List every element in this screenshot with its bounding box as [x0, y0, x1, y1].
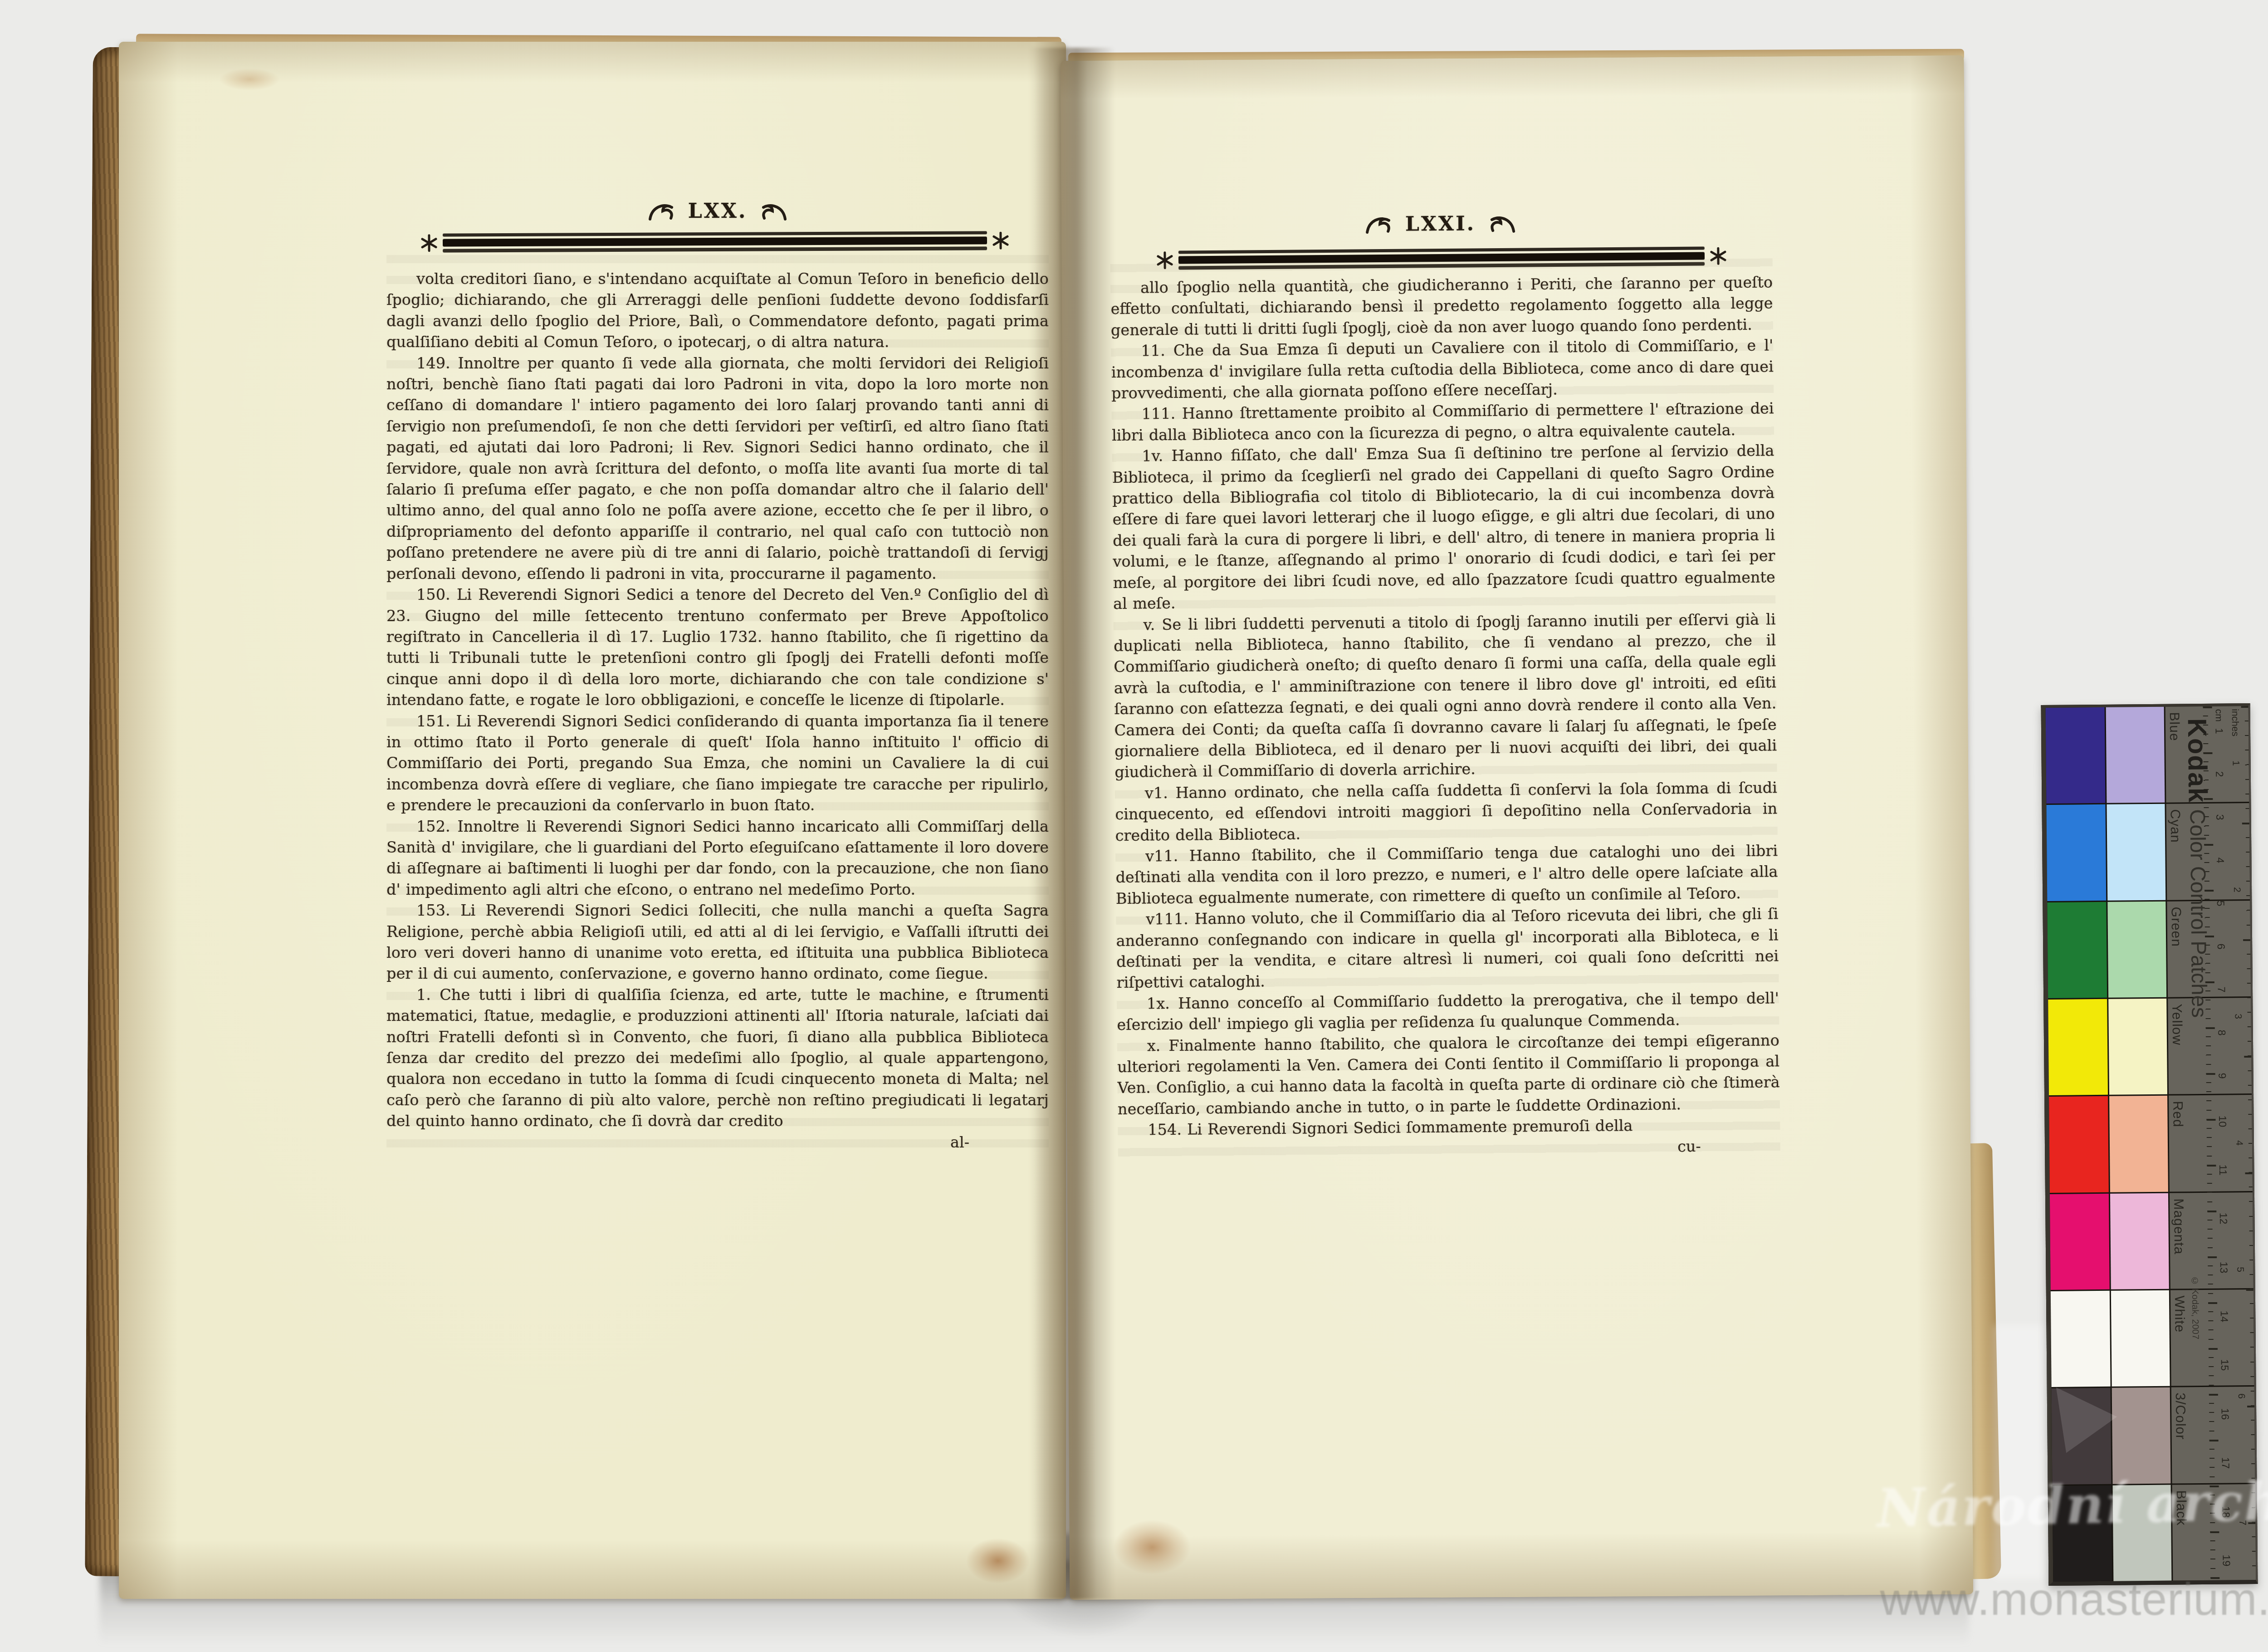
paragraph: v111. Hanno voluto, che il Commiſſario d… — [1116, 903, 1779, 993]
body-text-left: volta creditori ſiano, e s'intendano acq… — [386, 269, 1049, 1153]
paragraph: v. Se li libri ſuddetti pervenuti a tito… — [1113, 609, 1777, 783]
catchword: al- — [386, 1132, 1049, 1153]
paragraph: 149. Innoltre per quanto ſi vede alla gi… — [386, 353, 1049, 584]
ruler-inch-unit: inches — [2229, 709, 2241, 736]
ruler: cm 12345678910111213141516171819 inches … — [2203, 706, 2256, 1580]
paragraph: 111. Hanno ſtrettamente proibito al Comm… — [1111, 398, 1774, 446]
color-patch-tint — [2106, 707, 2165, 803]
patch-label: Red — [2170, 1101, 2185, 1127]
paragraph: 151. Li Reverendi Signori Sedici conſide… — [386, 711, 1049, 816]
ruler-number: 2 — [2213, 771, 2225, 777]
paragraph: 150. Li Reverendi Signori Sedici a tenor… — [386, 584, 1049, 711]
folio-header-left: LXX. — [386, 200, 1049, 223]
paragraph: allo ſpoglio nella quantità, che giudich… — [1110, 272, 1773, 341]
star-ornament-icon — [1709, 247, 1727, 265]
ruler-number: 17 — [2219, 1457, 2232, 1469]
paragraph-list-left: volta creditori ſiano, e s'intendano acq… — [386, 269, 1049, 1132]
paragraph-list-right: allo ſpoglio nella quantità, che giudich… — [1110, 272, 1780, 1141]
color-patch-saturated — [2051, 1291, 2111, 1387]
ruler-number: 18 — [2219, 1506, 2232, 1518]
paragraph: v1. Hanno ordinato, che nella caſſa ſudd… — [1115, 777, 1778, 846]
paragraph: 152. Innoltre li Reverendi Signori Sedic… — [386, 816, 1049, 901]
patch-label: Blue — [2166, 712, 2182, 741]
ruler-number: 1 — [2230, 760, 2241, 766]
paragraph: 1. Che tutti i libri di qualſiſia ſcienz… — [386, 985, 1049, 1132]
ruler-number: 11 — [2217, 1165, 2229, 1176]
color-patch-tint — [2110, 1193, 2169, 1289]
color-patch-tint — [2109, 1096, 2168, 1192]
ruler-number: 7 — [2237, 1520, 2248, 1525]
patch-label: Green — [2168, 907, 2184, 947]
ruler-number: 5 — [2214, 900, 2227, 906]
ruler-number: 4 — [2234, 1140, 2244, 1146]
paragraph: 1x. Hanno conceſſo al Commiſſario ſuddet… — [1117, 988, 1779, 1036]
patch-label: Magenta — [2170, 1198, 2186, 1255]
paragraph: v11. Hanno ſtabilito, che il Commiſſario… — [1115, 840, 1778, 909]
rule-bars — [443, 231, 987, 252]
floral-ornament-icon — [647, 201, 676, 222]
color-patch-tint — [2108, 999, 2167, 1095]
scanned-document-page: LXX. volta creditori ſiano, e s'intendan… — [0, 0, 2268, 1652]
ruler-number: 4 — [2214, 857, 2226, 863]
color-patch-saturated — [2053, 1485, 2112, 1581]
patch-label: 3/Color — [2172, 1393, 2188, 1440]
star-ornament-icon — [1156, 251, 1174, 270]
patch-label: Black — [2173, 1490, 2189, 1526]
color-patch-saturated — [2048, 999, 2108, 1095]
color-patch-tint — [2107, 901, 2166, 997]
ruler-number: 5 — [2234, 1267, 2245, 1272]
paragraph: 1v. Hanno fiſſato, che dall' Emza Sua ſi… — [1112, 440, 1775, 614]
ruler-number: 1 — [2213, 728, 2225, 734]
folio-header-right: LXXI. — [1110, 210, 1770, 238]
ruler-number: 3 — [2214, 814, 2226, 820]
body-text-right: allo ſpoglio nella quantità, che giudich… — [1110, 272, 1780, 1162]
floral-ornament-icon — [1487, 213, 1516, 234]
color-patch-saturated — [2050, 1193, 2110, 1289]
ruler-number: 19 — [2220, 1555, 2232, 1567]
color-patch-tint — [2113, 1485, 2172, 1581]
ruler-number: 2 — [2231, 887, 2242, 892]
ruler-number: 8 — [2215, 1029, 2228, 1035]
ruler-cm-unit: cm — [2213, 709, 2224, 722]
color-patch-tint — [2107, 804, 2165, 900]
patch-label: Yellow — [2169, 1004, 2185, 1045]
color-patch-saturated — [2046, 804, 2106, 901]
color-patch-tint — [2111, 1290, 2170, 1387]
paragraph: 11. Che da Sua Emza ſi deputi un Cavalie… — [1111, 335, 1774, 404]
ruler-number: 14 — [2218, 1310, 2230, 1322]
patch-label: White — [2171, 1295, 2187, 1333]
paragraph: volta creditori ſiano, e s'intendano acq… — [386, 269, 1049, 353]
color-patch-saturated — [2049, 1096, 2109, 1192]
ruler-number: 3 — [2232, 1014, 2243, 1019]
paragraph: 153. Li Reverendi Signori Sedici ſolleci… — [386, 900, 1049, 985]
page-number: LXXI. — [1405, 212, 1476, 235]
patch-label: Cyan — [2167, 809, 2183, 843]
light-reflection-streak — [1994, 1325, 2043, 1579]
ruler-number: 10 — [2216, 1116, 2229, 1127]
ruler-number: 9 — [2216, 1073, 2228, 1078]
ruler-number: 12 — [2217, 1213, 2229, 1225]
ruler-number: 16 — [2219, 1408, 2231, 1420]
color-patch-saturated — [2047, 902, 2107, 998]
ruler-number: 7 — [2215, 986, 2227, 992]
page-number: LXX. — [688, 200, 748, 223]
ruler-number: 13 — [2218, 1261, 2230, 1273]
star-ornament-icon — [420, 234, 438, 252]
kodak-color-control-strip: Blue Cyan Green — [2041, 703, 2258, 1586]
color-patch-saturated — [2046, 707, 2106, 804]
paragraph: x. Finalmente hanno ſtabilito, che qualo… — [1117, 1030, 1780, 1120]
floral-ornament-icon — [759, 201, 788, 222]
ruler-number: 15 — [2219, 1359, 2231, 1371]
decorative-rule — [420, 231, 1010, 253]
floral-ornament-icon — [1364, 214, 1393, 235]
ruler-number: 6 — [2236, 1393, 2247, 1399]
kodak-copyright: © Kodak, 2007 — [2190, 1276, 2200, 1339]
color-patch-tint — [2112, 1387, 2171, 1484]
ruler-number: 6 — [2215, 943, 2227, 949]
star-ornament-icon — [992, 231, 1010, 250]
